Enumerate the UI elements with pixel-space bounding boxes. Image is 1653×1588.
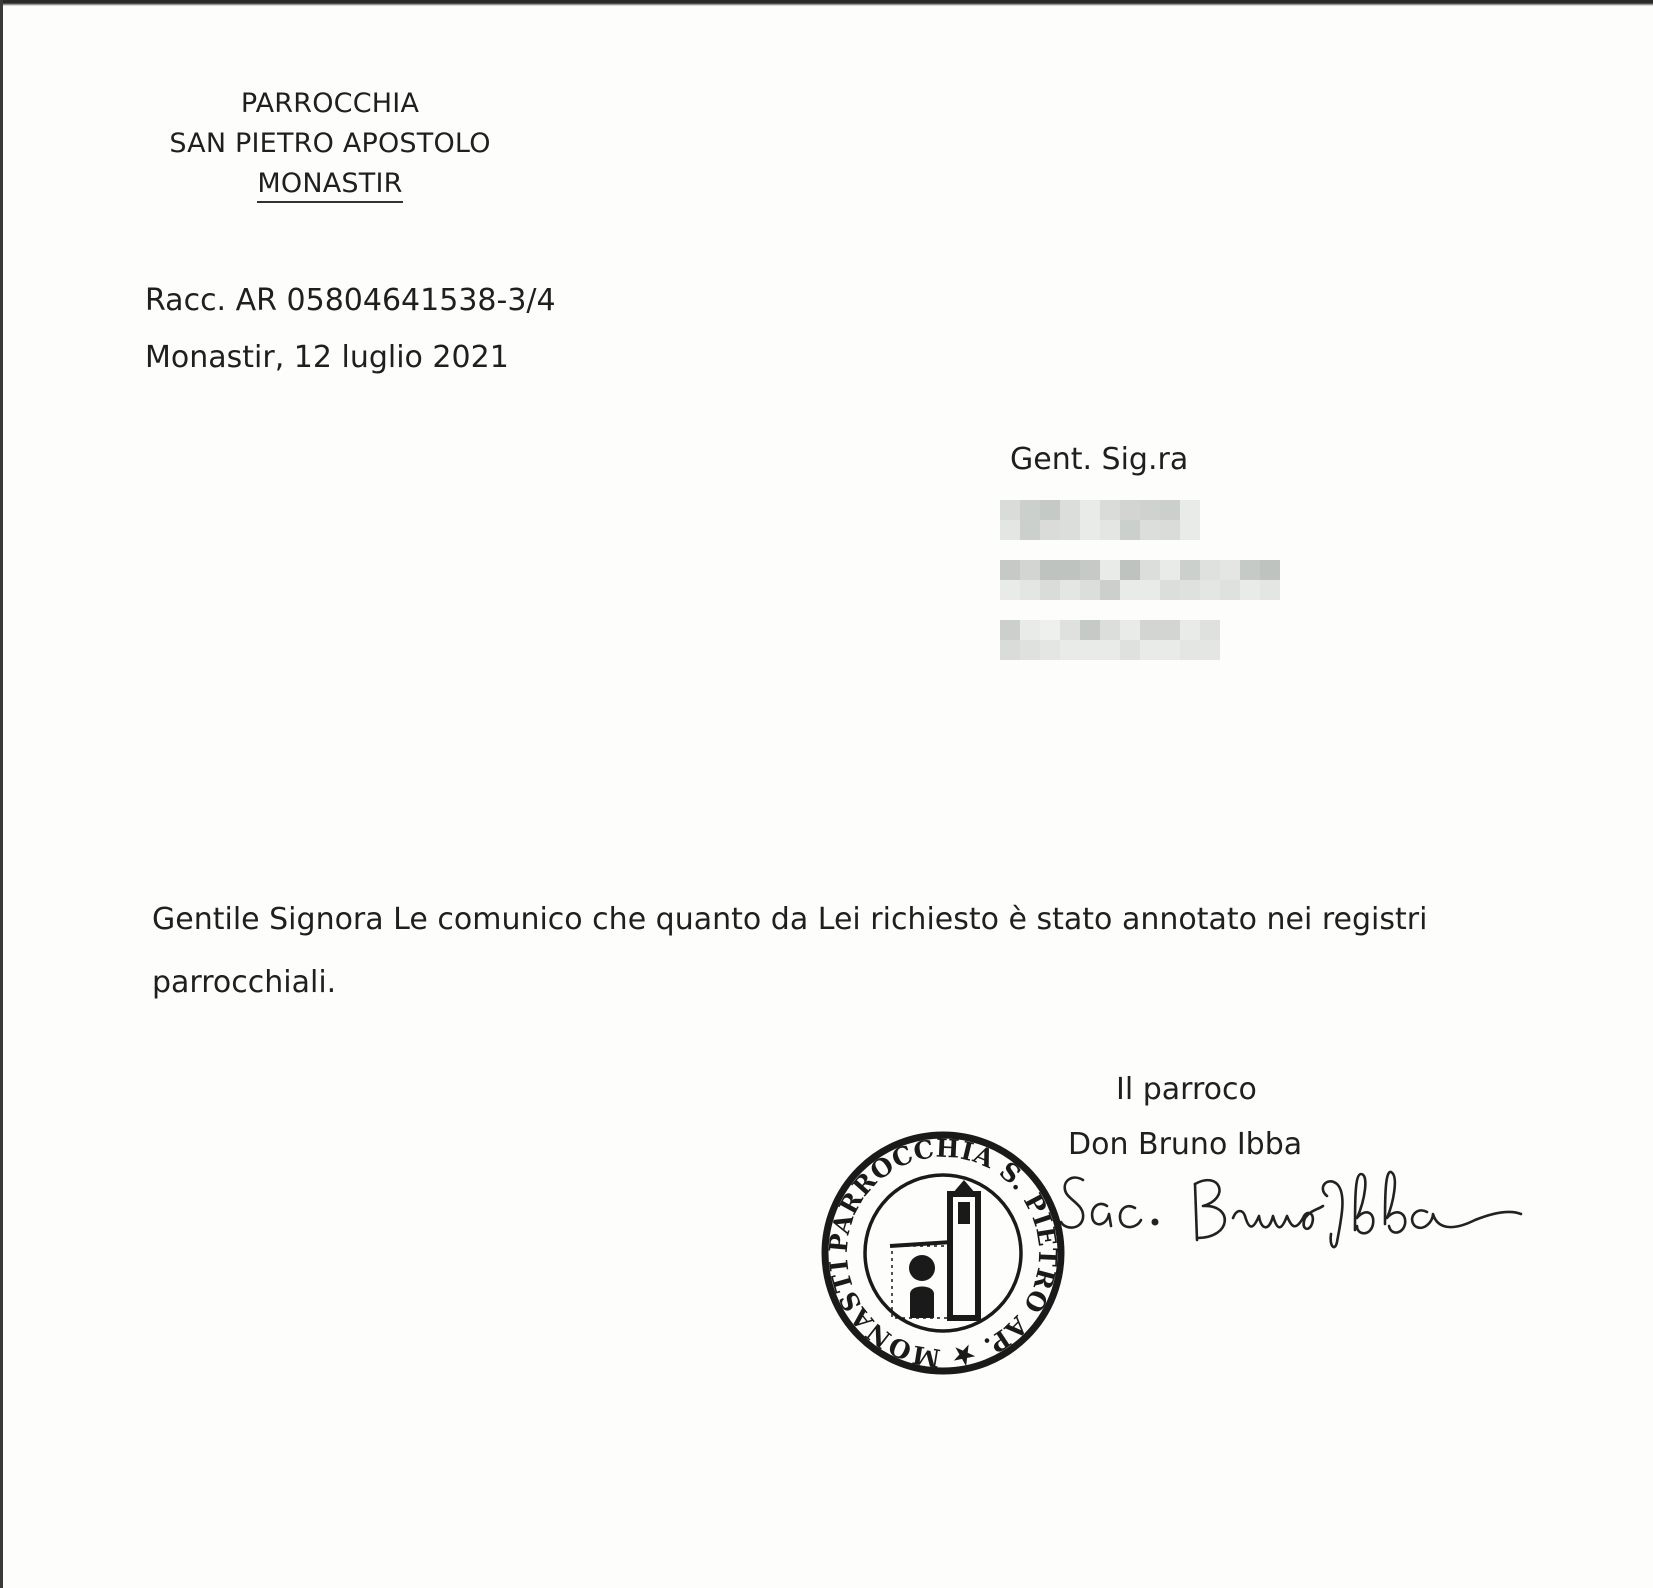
- church-icon: [890, 1180, 978, 1318]
- page-edge-left: [0, 0, 3, 1588]
- signoff-name: Don Bruno Ibba: [1068, 1127, 1302, 1162]
- body-line-2: parrocchiali.: [152, 965, 336, 1000]
- letterhead-town: MONASTIR: [120, 168, 540, 199]
- letterhead-town-text: MONASTIR: [257, 168, 402, 203]
- parish-stamp: PARROCCHIA S. PIETRO AP. ★ MONASTIR - CA…: [818, 1128, 1068, 1378]
- body-line-1: Gentile Signora Le comunico che quanto d…: [152, 902, 1427, 937]
- place-and-date: Monastir, 12 luglio 2021: [145, 340, 509, 375]
- letterhead-church-name: SAN PIETRO APOSTOLO: [120, 128, 540, 159]
- recipient-salutation: Gent. Sig.ra: [1010, 442, 1188, 477]
- letterhead-parish: PARROCCHIA: [120, 88, 540, 119]
- redacted-recipient-address: [1000, 500, 1280, 660]
- signoff-title: Il parroco: [1116, 1072, 1257, 1107]
- registered-mail-number: Racc. AR 05804641538-3/4: [145, 283, 556, 318]
- page-edge-top: [0, 0, 1653, 6]
- handwritten-signature: Sac. Bruno Ibba: [1055, 1160, 1525, 1250]
